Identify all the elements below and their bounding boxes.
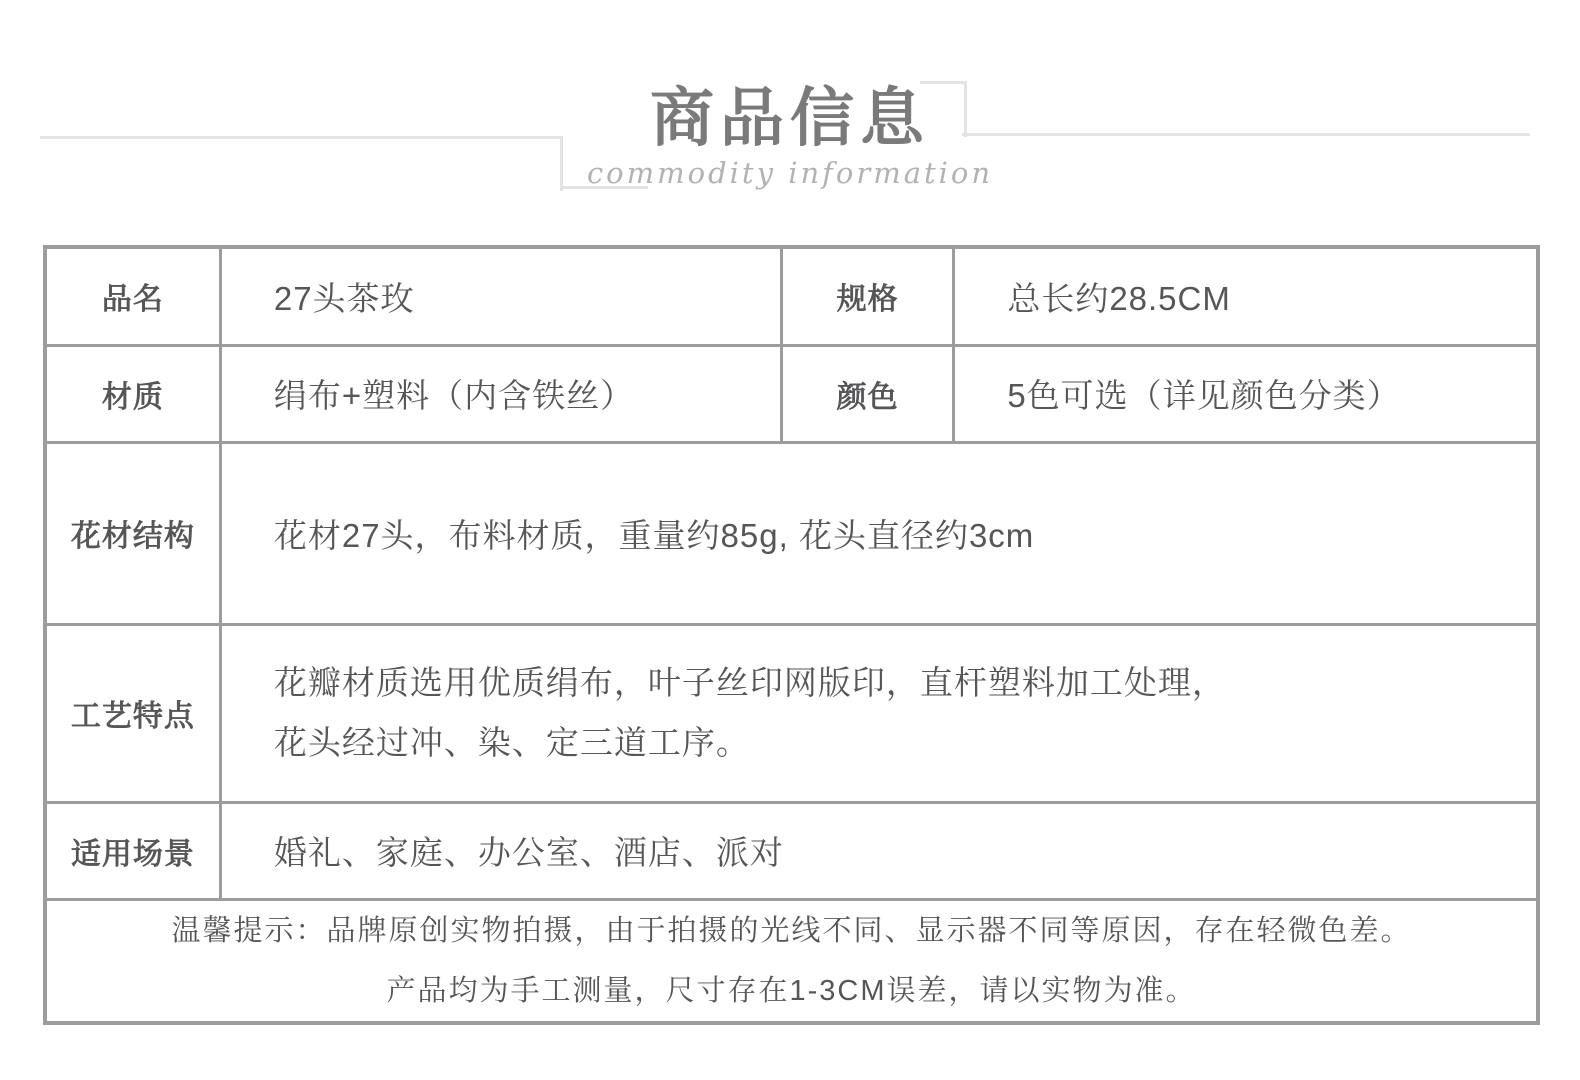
craft-line-2: 花头经过冲、染、定三道工序。: [274, 713, 1526, 773]
row-value-color: 5色可选（详见颜色分类）: [954, 345, 1538, 442]
row-label-craft: 工艺特点: [45, 624, 220, 802]
page-title: 商品信息: [0, 82, 1580, 156]
row-label-scene: 适用场景: [45, 802, 220, 899]
note-line-1: 温馨提示：品牌原创实物拍摄，由于拍摄的光线不同、显示器不同等原因，存在轻微色差。: [47, 901, 1536, 961]
page-subtitle: commodity information: [0, 156, 1580, 190]
row-label-structure: 花材结构: [45, 442, 220, 624]
row-value-name: 27头茶玫: [220, 247, 781, 345]
table-row-material-color: 材质 绢布+塑料（内含铁丝） 颜色 5色可选（详见颜色分类）: [45, 345, 1538, 442]
craft-line-1: 花瓣材质选用优质绢布，叶子丝印网版印，直杆塑料加工处理，: [274, 653, 1526, 713]
note-cell: 温馨提示：品牌原创实物拍摄，由于拍摄的光线不同、显示器不同等原因，存在轻微色差。…: [45, 899, 1538, 1023]
row-value-structure: 花材27头，布料材质，重量约85g, 花头直径约3cm: [220, 442, 1538, 624]
row-value-scene: 婚礼、家庭、办公室、酒店、派对: [220, 802, 1538, 899]
row-value-spec: 总长约28.5CM: [954, 247, 1538, 345]
product-info-page: 商品信息 commodity information 品名 27头茶玫 规格 总…: [0, 0, 1580, 1080]
table-row-craft: 工艺特点 花瓣材质选用优质绢布，叶子丝印网版印，直杆塑料加工处理， 花头经过冲、…: [45, 624, 1538, 802]
table-row-name-spec: 品名 27头茶玫 规格 总长约28.5CM: [45, 247, 1538, 345]
row-value-material: 绢布+塑料（内含铁丝）: [220, 345, 781, 442]
product-info-table: 品名 27头茶玫 规格 总长约28.5CM 材质 绢布+塑料（内含铁丝） 颜色 …: [43, 245, 1540, 1025]
table-row-scene: 适用场景 婚礼、家庭、办公室、酒店、派对: [45, 802, 1538, 899]
row-label-material: 材质: [45, 345, 220, 442]
table-row-structure: 花材结构 花材27头，布料材质，重量约85g, 花头直径约3cm: [45, 442, 1538, 624]
row-label-spec: 规格: [781, 247, 953, 345]
note-line-2: 产品均为手工测量，尺寸存在1-3CM误差，请以实物为准。: [47, 961, 1536, 1021]
table-row-note: 温馨提示：品牌原创实物拍摄，由于拍摄的光线不同、显示器不同等原因，存在轻微色差。…: [45, 899, 1538, 1023]
row-value-craft: 花瓣材质选用优质绢布，叶子丝印网版印，直杆塑料加工处理， 花头经过冲、染、定三道…: [220, 624, 1538, 802]
title-block: 商品信息 commodity information: [0, 82, 1580, 190]
row-label-name: 品名: [45, 247, 220, 345]
row-label-color: 颜色: [781, 345, 953, 442]
